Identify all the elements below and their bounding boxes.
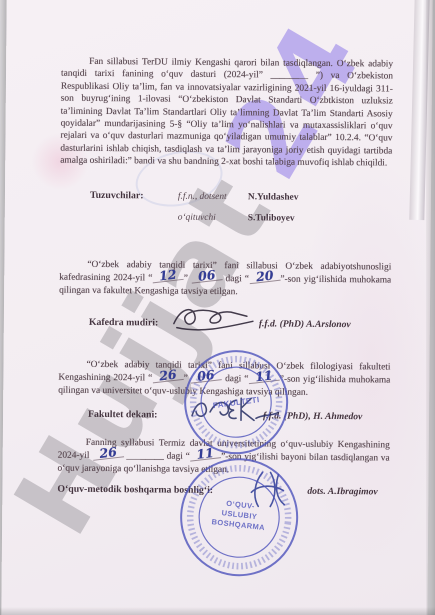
kafedra-signature-row: Kafedra mudiri: f.f.d. (PhD) A.Arslonov xyxy=(59,309,391,346)
kafedra-approval-paragraph: “O‘zbek adabiy tanqidi tarixi” fani sill… xyxy=(59,259,391,300)
author-role: f.f.n., dotsent xyxy=(178,191,227,204)
stamp-center-line: BOSHQARMA xyxy=(211,517,265,532)
stamp-center-text: FAKULTETI xyxy=(212,395,260,410)
handwritten-day: 12 xyxy=(152,269,184,283)
authors-label: Tuzuvchilar: xyxy=(90,190,144,203)
kafedra-mudiri-signature xyxy=(171,304,257,335)
kafedra-mudiri-name: f.f.d. (PhD) A.Arslonov xyxy=(259,318,351,331)
author-name: S.Tuliboyev xyxy=(248,212,295,225)
intro-text: Fan sillabusi TerDU ilmiy Kengashi qaror… xyxy=(60,57,393,169)
fakultet-dekani-label: Fakultet dekani: xyxy=(88,409,158,422)
scanned-syllabus-approval-page: { "colors": { "stamp_blue": "#4a50bb", "… xyxy=(0,0,435,615)
handwritten-day: 26 xyxy=(92,447,124,461)
authors-block: Tuzuvchilar: f.f.n., dotsent N.Yuldashev… xyxy=(60,190,392,237)
author-name: N.Yuldashev xyxy=(248,191,299,204)
fakultet-round-stamp: FAKULTETI xyxy=(174,340,297,463)
metodik-boshliq-name: dots. A.Ibragimov xyxy=(307,486,377,499)
author-role: o‘qituvchi xyxy=(178,212,216,225)
handwritten-protocol-number: 20 xyxy=(248,270,280,284)
page-right-edge-shadow xyxy=(426,0,435,615)
paper-sheet: Hujjat24 Fan sillabusi TerDU ilmiy Kenga… xyxy=(1,0,432,615)
metodik-round-stamp: O‘QUV- USLUBIY BOSHQARMA xyxy=(171,449,308,586)
kafedra-mudiri-label: Kafedra mudiri: xyxy=(89,317,158,330)
page-bottom-shadow xyxy=(0,607,435,615)
handwritten-month: 06 xyxy=(190,270,222,284)
intro-paragraph: Fan sillabusi TerDU ilmiy Kengashi qaror… xyxy=(60,56,393,171)
